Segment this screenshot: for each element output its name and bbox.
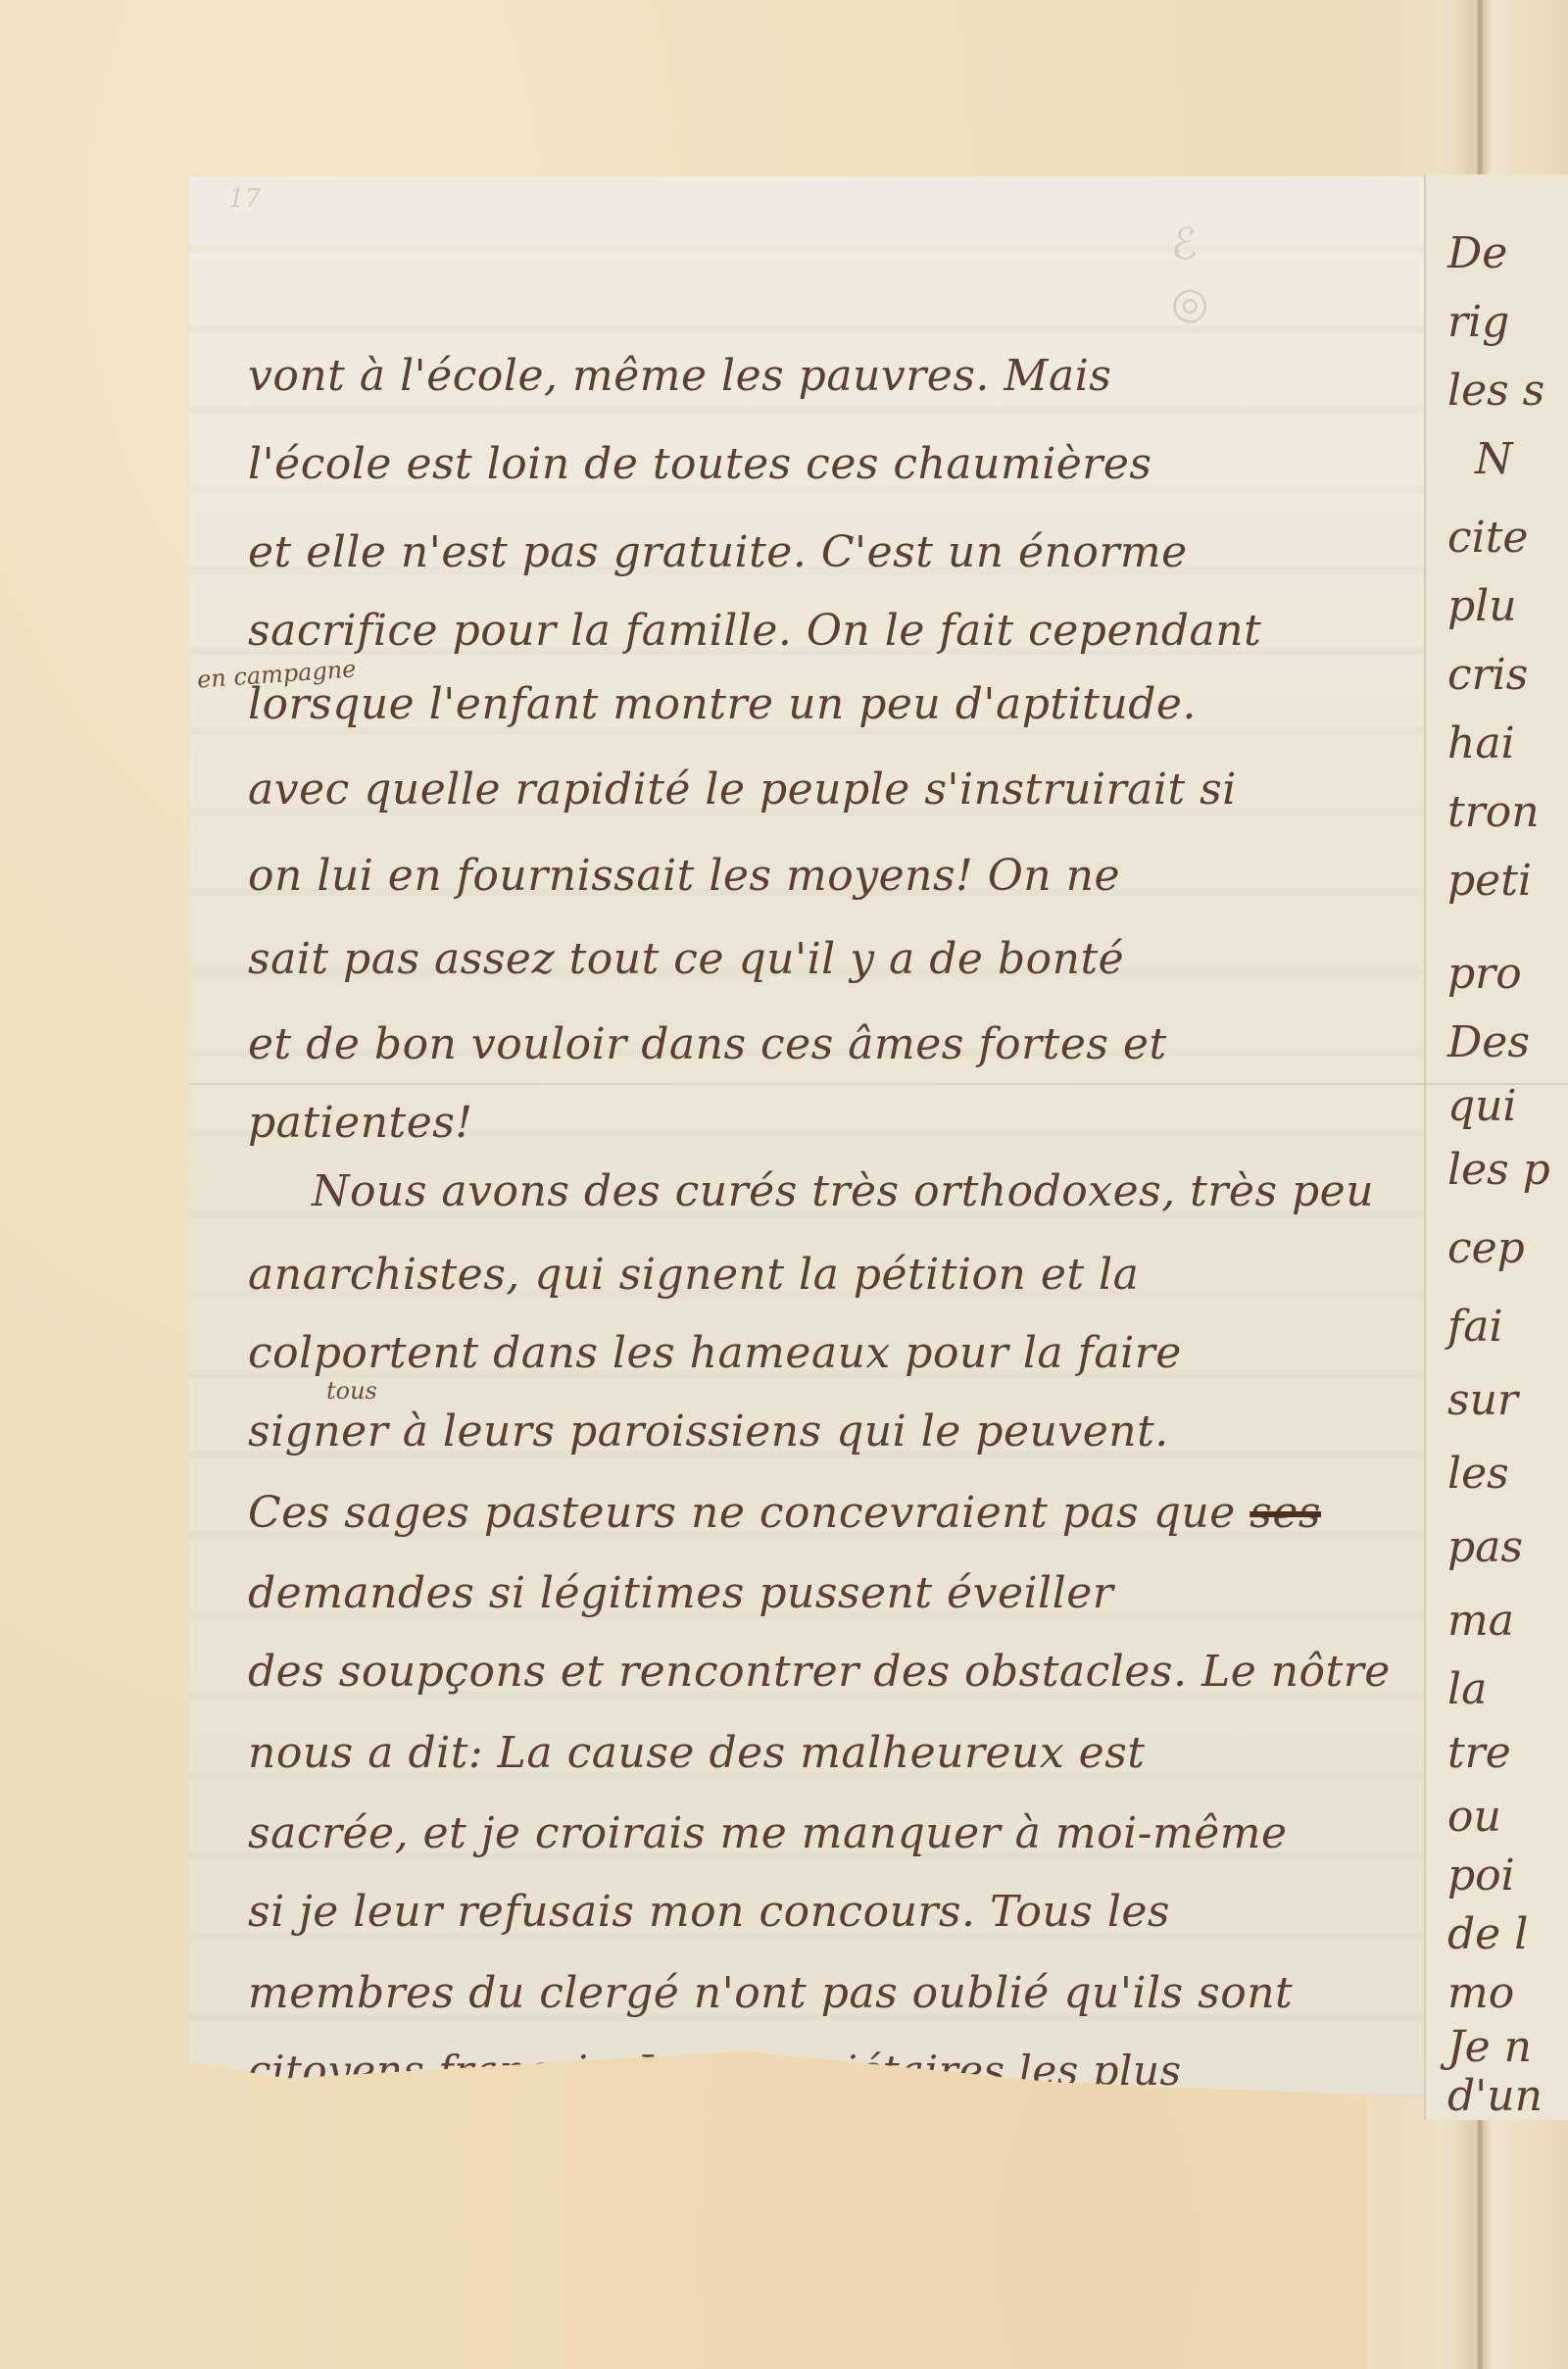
text-line: les menace, et le grand nombre des homme… xyxy=(248,2196,1202,2244)
text-line: prudents comprennent que la misère publi… xyxy=(248,2122,1239,2170)
facing-text-line: de l xyxy=(1447,1909,1528,1959)
text-line: sait pas assez tout ce qu'il y a de bont… xyxy=(248,934,1124,984)
text-line: et de bon vouloir dans ces âmes fortes e… xyxy=(248,1019,1167,1069)
text-line: citoyens français. Les propriétaires les… xyxy=(248,2047,1182,2095)
facing-text-line: sur xyxy=(1447,1375,1518,1425)
text-line: vont à l'école, même les pauvres. Mais xyxy=(248,351,1111,401)
text-line: Nous avons des curés très orthodoxes, tr… xyxy=(312,1166,1374,1216)
facing-page-fragment: De rig les s N cite plu cris hai tron pe… xyxy=(1424,174,1568,2120)
text-line: sacrifice pour la famille. On le fait ce… xyxy=(248,606,1261,656)
folio-number: 17 xyxy=(228,184,261,214)
facing-text-line: hai xyxy=(1447,718,1515,768)
text-line: demandes si légitimes pussent éveiller xyxy=(248,1568,1113,1618)
text-line: lorsque l'enfant montre un peu d'aptitud… xyxy=(248,679,1197,729)
facing-text-line: d'un xyxy=(1447,2071,1543,2120)
text-line: on lui en fournissait les moyens! On ne xyxy=(248,851,1120,901)
text-line: sacrée, et je croirais me manquer à moi-… xyxy=(248,1808,1288,1858)
facing-text-line: qui xyxy=(1447,1081,1517,1131)
text-line: des soupçons et rencontrer des obstacles… xyxy=(248,1647,1391,1697)
text-line: anarchistes, qui signent la pétition et … xyxy=(248,1250,1139,1300)
facing-text-line: tron xyxy=(1447,787,1540,837)
facing-text-line: fai xyxy=(1447,1302,1503,1352)
facing-text-line: cris xyxy=(1447,650,1528,700)
text-line: signer à leurs paroissiens qui le peuven… xyxy=(248,1407,1169,1456)
facing-text-line: les xyxy=(1447,1449,1509,1499)
blind-stamp-icon: ℰ ◎ xyxy=(1171,216,1259,274)
text-line: Ces sages pasteurs ne concevraient pas q… xyxy=(248,1488,1321,1538)
facing-text-line: peti xyxy=(1447,856,1532,906)
facing-text-line: cite xyxy=(1447,513,1528,563)
facing-text-line: N xyxy=(1475,434,1513,484)
facing-text-line: ou xyxy=(1447,1792,1501,1842)
facing-text-line: tre xyxy=(1447,1728,1511,1778)
text-line: avec quelle rapidité le peuple s'instrui… xyxy=(248,765,1237,814)
text-line: nous a dit: La cause des malheureux est xyxy=(248,1728,1145,1778)
text-line: patientes! xyxy=(248,1098,473,1148)
facing-text-line: les p xyxy=(1447,1145,1550,1195)
facing-text-line: mo xyxy=(1447,1968,1514,2018)
line-text: Ces sages pasteurs ne concevraient pas q… xyxy=(248,1488,1236,1538)
facing-text-line: plu xyxy=(1447,581,1517,631)
text-line: colportent dans les hameaux pour la fair… xyxy=(248,1328,1182,1378)
facing-text-line: Je n xyxy=(1447,2022,1532,2072)
facing-text-line: rig xyxy=(1447,297,1509,347)
letter-page: 17 ℰ ◎ vont à l'école, même les pauvres.… xyxy=(189,176,1424,2098)
facing-text-line: pas xyxy=(1447,1522,1523,1572)
horizontal-fold-line xyxy=(189,1083,1424,1085)
facing-text-line: pro xyxy=(1447,949,1522,999)
facing-text-line: poi xyxy=(1447,1851,1515,1900)
facing-text-line: De xyxy=(1447,228,1507,278)
text-line: membres du clergé n'ont pas oublié qu'il… xyxy=(248,1968,1293,2018)
text-line: et elle n'est pas gratuite. C'est un éno… xyxy=(248,527,1188,577)
facing-text-line: Des xyxy=(1447,1017,1530,1067)
facing-text-line: les s xyxy=(1447,366,1544,416)
facing-text-line: cep xyxy=(1447,1223,1525,1273)
facing-text-line: la xyxy=(1447,1664,1487,1714)
facing-text-line: ma xyxy=(1447,1596,1514,1646)
struck-out-word: ses xyxy=(1249,1488,1321,1538)
interlinear-insertion: tous xyxy=(326,1377,377,1405)
text-line: si je leur refusais mon concours. Tous l… xyxy=(248,1887,1170,1937)
text-line: l'école est loin de toutes ces chaumière… xyxy=(248,439,1151,489)
